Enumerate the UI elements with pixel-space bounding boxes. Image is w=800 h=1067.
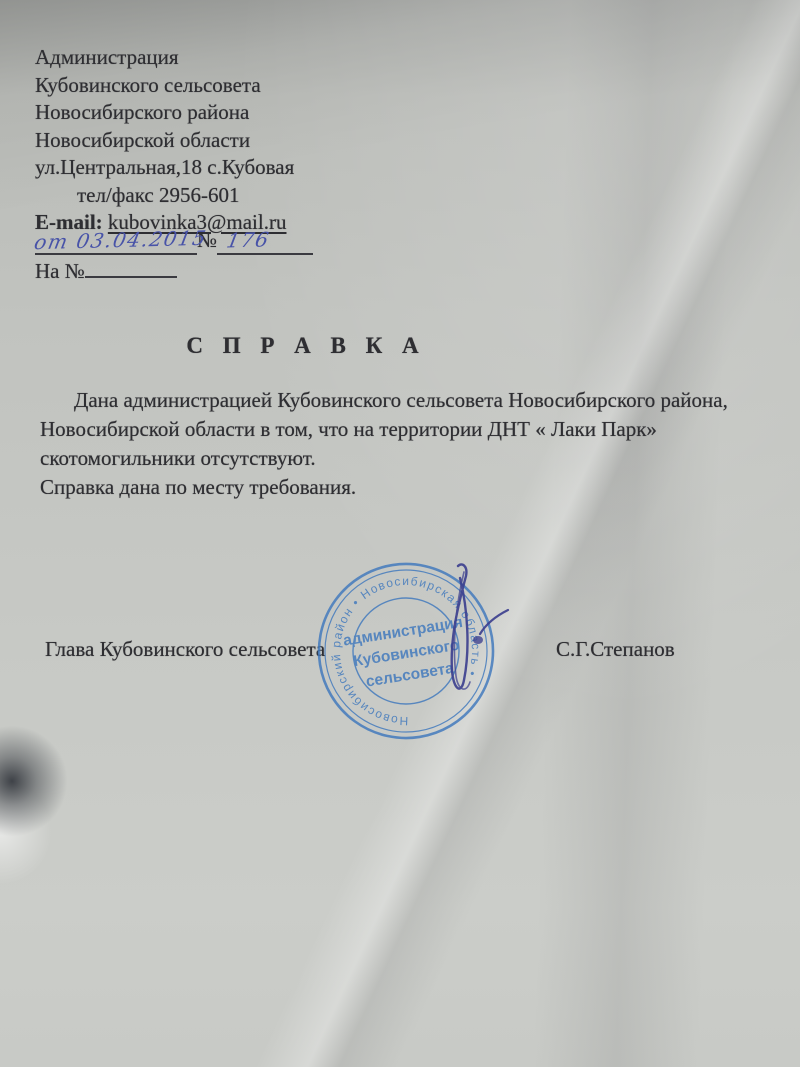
outgoing-reference-line: от 03.04.2015№176 xyxy=(35,228,313,255)
document-body: Дана администрацией Кубовинского сельсов… xyxy=(40,386,782,502)
document-title: С П Р А В К А xyxy=(0,333,612,359)
letterhead-org-line: Кубовинского сельсовета xyxy=(35,72,294,100)
letterhead-org-line: Новосибирской области xyxy=(35,127,294,155)
incoming-reference-line: На № xyxy=(35,256,177,284)
signature-dash-stroke xyxy=(480,610,508,634)
scanned-certificate-page: Администрация Кубовинского сельсовета Но… xyxy=(0,0,800,1067)
outgoing-number-field: 176 xyxy=(217,228,313,255)
letterhead-phone-line: тел/факс 2956-601 xyxy=(77,182,294,210)
handwritten-signature xyxy=(428,558,528,718)
incoming-label: На № xyxy=(35,259,85,283)
signoff-position-title: Глава Кубовинского сельсовета xyxy=(45,637,325,661)
signoff-name: С.Г.Степанов xyxy=(556,637,675,662)
outgoing-date-field: от 03.04.2015 xyxy=(35,228,197,255)
body-line: скотомогильники отсутствуют. xyxy=(40,444,782,473)
handwritten-number: 176 xyxy=(225,227,272,252)
handwritten-date: от 03.04.2015 xyxy=(32,226,209,254)
letterhead-org-line: Администрация xyxy=(35,44,294,72)
signature-ink-blot xyxy=(473,636,483,644)
signature-main-stroke xyxy=(452,564,468,688)
body-line: Справка дана по месту требования. xyxy=(40,473,782,502)
incoming-number-blank xyxy=(85,256,177,278)
letterhead: Администрация Кубовинского сельсовета Но… xyxy=(35,44,294,237)
letterhead-org-line: Новосибирского района xyxy=(35,99,294,127)
body-line: Новосибирской области в том, что на терр… xyxy=(40,415,782,444)
body-line: Дана администрацией Кубовинского сельсов… xyxy=(40,386,782,415)
letterhead-address-line: ул.Центральная,18 с.Кубовая xyxy=(35,154,294,182)
